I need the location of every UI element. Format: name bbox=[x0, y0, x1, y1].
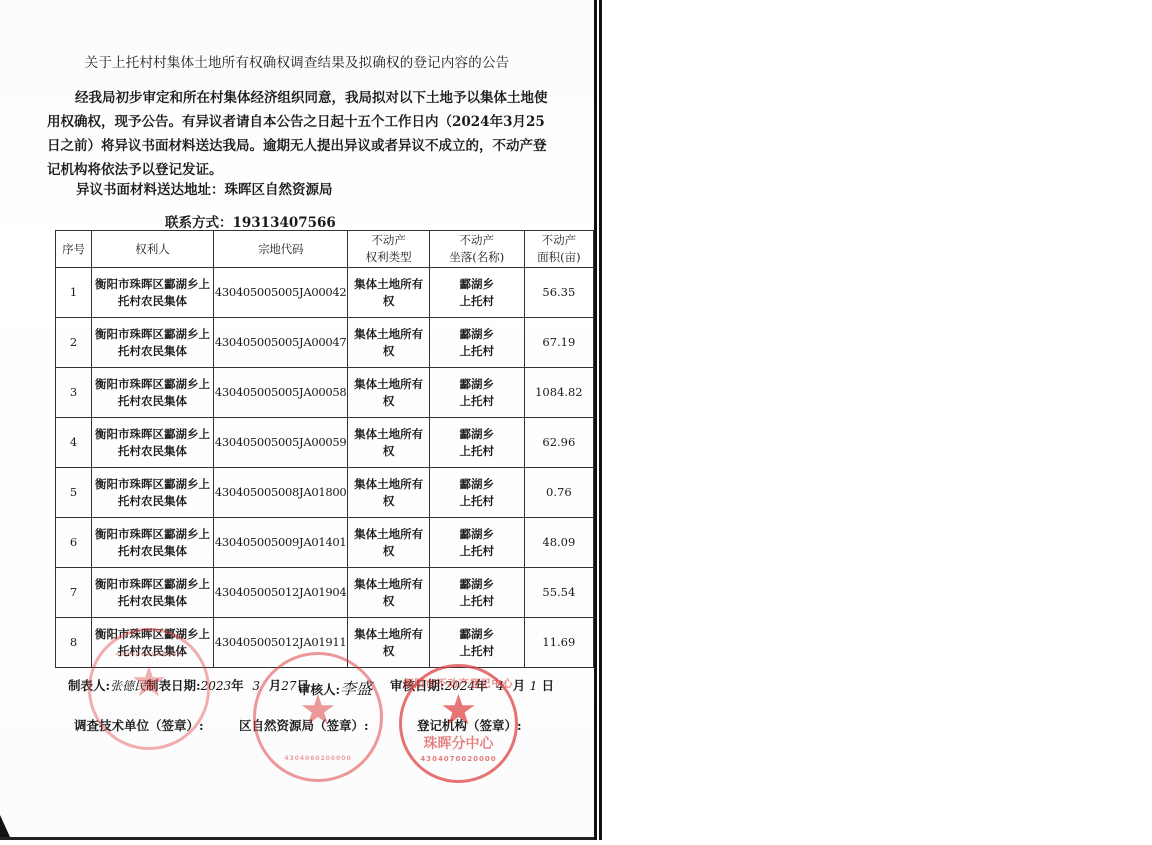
page-divider-line bbox=[594, 0, 597, 840]
cell-area: 62.96 bbox=[524, 418, 593, 468]
cell-location-line1: 酃湖乡 bbox=[431, 426, 523, 443]
header-type-line2: 权利类型 bbox=[349, 249, 427, 266]
cell-no: 5 bbox=[56, 468, 92, 518]
preparer-block: 制表人:张德民 bbox=[68, 676, 146, 694]
review-month-char: 月 bbox=[513, 678, 526, 693]
cell-code: 430405005005JA00059 bbox=[213, 418, 348, 468]
header-type: 不动产 权利类型 bbox=[348, 231, 429, 268]
cell-location-line2: 上托村 bbox=[431, 543, 523, 560]
cell-owner: 衡阳市珠晖区酃湖乡上托村农民集体 bbox=[92, 568, 214, 618]
cell-no: 3 bbox=[56, 368, 92, 418]
cell-owner: 衡阳市珠晖区酃湖乡上托村农民集体 bbox=[92, 418, 214, 468]
scan-corner-shadow bbox=[0, 815, 10, 837]
prep-date-year: 2023 bbox=[201, 679, 232, 693]
table-row: 1 衡阳市珠晖区酃湖乡上托村农民集体 430405005005JA00042 集… bbox=[56, 268, 594, 318]
document-title: 关于上托村村集体土地所有权确权调查结果及拟确权的登记内容的公告 bbox=[0, 51, 594, 71]
cell-type: 集体土地所有权 bbox=[348, 318, 429, 368]
reviewer-block: 审核人:李盛 bbox=[298, 676, 372, 699]
table-row: 6 衡阳市珠晖区酃湖乡上托村农民集体 430405005009JA01401 集… bbox=[56, 518, 594, 568]
cell-location-line2: 上托村 bbox=[431, 343, 523, 360]
prep-date-block: 制表日期:2023年 3 月27日 bbox=[146, 676, 309, 694]
year-char: 年 bbox=[231, 678, 244, 693]
scanned-document-page: 关于上托村村集体土地所有权确权调查结果及拟确权的登记内容的公告 经我局初步审定和… bbox=[0, 0, 594, 838]
cell-area: 67.19 bbox=[524, 318, 593, 368]
cell-location-line1: 酃湖乡 bbox=[431, 526, 523, 543]
seal-lower-text: 珠晖分中心 bbox=[402, 733, 515, 753]
cell-owner: 衡阳市珠晖区酃湖乡上托村农民集体 bbox=[92, 268, 214, 318]
reviewer-label: 审核人: bbox=[298, 682, 340, 697]
header-no: 序号 bbox=[56, 231, 92, 268]
cell-no: 1 bbox=[56, 268, 92, 318]
review-date-label: 审核日期: bbox=[390, 678, 445, 693]
cell-no: 6 bbox=[56, 518, 92, 568]
cell-no: 8 bbox=[56, 618, 92, 668]
cell-location: 酃湖乡 上托村 bbox=[429, 418, 524, 468]
header-area-line1: 不动产 bbox=[526, 232, 592, 249]
scan-bottom-edge bbox=[0, 837, 596, 840]
cell-type: 集体土地所有权 bbox=[348, 518, 429, 568]
seal-code: 4304070020000 bbox=[402, 755, 515, 763]
cell-location-line2: 上托村 bbox=[431, 293, 523, 310]
cell-location-line1: 酃湖乡 bbox=[431, 326, 523, 343]
table-row: 5 衡阳市珠晖区酃湖乡上托村农民集体 430405005008JA01800 集… bbox=[56, 468, 594, 518]
cell-location: 酃湖乡 上托村 bbox=[429, 268, 524, 318]
table-row: 8 衡阳市珠晖区酃湖乡上托村农民集体 430405005012JA01911 集… bbox=[56, 618, 594, 668]
cell-area: 0.76 bbox=[524, 468, 593, 518]
cell-owner: 衡阳市珠晖区酃湖乡上托村农民集体 bbox=[92, 518, 214, 568]
cell-code: 430405005012JA01911 bbox=[213, 618, 348, 668]
cell-type: 集体土地所有权 bbox=[348, 418, 429, 468]
survey-unit-seal-label: 调查技术单位（签章）: bbox=[74, 716, 204, 734]
cell-area: 48.09 bbox=[524, 518, 593, 568]
cell-type: 集体土地所有权 bbox=[348, 368, 429, 418]
header-code: 宗地代码 bbox=[213, 231, 348, 268]
header-location: 不动产 坐落(名称) bbox=[429, 231, 524, 268]
cell-location: 酃湖乡 上托村 bbox=[429, 318, 524, 368]
cell-no: 7 bbox=[56, 568, 92, 618]
cell-location: 酃湖乡 上托村 bbox=[429, 368, 524, 418]
cell-location-line2: 上托村 bbox=[431, 393, 523, 410]
cell-location-line2: 上托村 bbox=[431, 493, 523, 510]
cell-area: 11.69 bbox=[524, 618, 593, 668]
header-location-line2: 坐落(名称) bbox=[431, 249, 523, 266]
prep-date-day: 27 bbox=[281, 679, 296, 693]
prep-date-month: 3 bbox=[252, 679, 260, 693]
review-year-char: 年 bbox=[475, 678, 488, 693]
cell-type: 集体土地所有权 bbox=[348, 618, 429, 668]
cell-no: 4 bbox=[56, 418, 92, 468]
cell-owner: 衡阳市珠晖区酃湖乡上托村农民集体 bbox=[92, 618, 214, 668]
cell-code: 430405005009JA01401 bbox=[213, 518, 348, 568]
cell-location-line2: 上托村 bbox=[431, 443, 523, 460]
month-char: 月 bbox=[269, 678, 282, 693]
cell-location: 酃湖乡 上托村 bbox=[429, 468, 524, 518]
cell-type: 集体土地所有权 bbox=[348, 268, 429, 318]
cell-code: 430405005005JA00058 bbox=[213, 368, 348, 418]
cell-area: 55.54 bbox=[524, 568, 593, 618]
cell-owner: 衡阳市珠晖区酃湖乡上托村农民集体 bbox=[92, 368, 214, 418]
cell-code: 430405005008JA01800 bbox=[213, 468, 348, 518]
objection-address: 异议书面材料送达地址：珠晖区自然资源局 bbox=[76, 178, 333, 198]
cell-location-line1: 酃湖乡 bbox=[431, 276, 523, 293]
cell-location-line1: 酃湖乡 bbox=[431, 626, 523, 643]
cell-code: 430405005005JA00042 bbox=[213, 268, 348, 318]
header-owner: 权利人 bbox=[92, 231, 214, 268]
cell-location-line1: 酃湖乡 bbox=[431, 476, 523, 493]
cell-location-line1: 酃湖乡 bbox=[431, 376, 523, 393]
review-date-day: 1 bbox=[530, 679, 538, 693]
cell-location: 酃湖乡 上托村 bbox=[429, 568, 524, 618]
cell-code: 430405005005JA00047 bbox=[213, 318, 348, 368]
seal-code: 4304060200000 bbox=[256, 755, 380, 762]
cell-location-line1: 酃湖乡 bbox=[431, 576, 523, 593]
cell-location: 酃湖乡 上托村 bbox=[429, 618, 524, 668]
review-day-char: 日 bbox=[542, 678, 555, 693]
cell-type: 集体土地所有权 bbox=[348, 468, 429, 518]
reviewer-signature: 李盛 bbox=[340, 679, 372, 698]
contact-info: 联系方式：19313407566 bbox=[165, 211, 336, 231]
cell-area: 1084.82 bbox=[524, 368, 593, 418]
prep-date-label: 制表日期: bbox=[146, 678, 201, 693]
cell-no: 2 bbox=[56, 318, 92, 368]
cell-code: 430405005012JA01904 bbox=[213, 568, 348, 618]
header-type-line1: 不动产 bbox=[349, 232, 427, 249]
page-divider-line bbox=[599, 0, 602, 840]
table-row: 7 衡阳市珠晖区酃湖乡上托村农民集体 430405005012JA01904 集… bbox=[56, 568, 594, 618]
resource-bureau-seal-label: 区自然资源局（签章）: bbox=[239, 716, 369, 734]
cell-area: 56.35 bbox=[524, 268, 593, 318]
review-date-block: 审核日期:2024年 4 月 1 日 bbox=[390, 676, 554, 694]
table-row: 2 衡阳市珠晖区酃湖乡上托村农民集体 430405005005JA00047 集… bbox=[56, 318, 594, 368]
review-date-month: 4 bbox=[496, 679, 504, 693]
header-area: 不动产 面积(亩) bbox=[524, 231, 593, 268]
cell-owner: 衡阳市珠晖区酃湖乡上托村农民集体 bbox=[92, 468, 214, 518]
cell-type: 集体土地所有权 bbox=[348, 568, 429, 618]
cell-owner: 衡阳市珠晖区酃湖乡上托村农民集体 bbox=[92, 318, 214, 368]
preparer-signature: 张德民 bbox=[110, 679, 146, 693]
cell-location-line2: 上托村 bbox=[431, 643, 523, 660]
review-date-year: 2024 bbox=[445, 679, 476, 693]
header-location-line1: 不动产 bbox=[431, 232, 523, 249]
announcement-body: 经我局初步审定和所在村集体经济组织同意，我局拟对以下土地予以集体土地使用权确权，… bbox=[47, 86, 557, 182]
table-row: 3 衡阳市珠晖区酃湖乡上托村农民集体 430405005005JA00058 集… bbox=[56, 368, 594, 418]
table-header-row: 序号 权利人 宗地代码 不动产 权利类型 不动产 坐落(名称) 不动产 面积(亩… bbox=[56, 231, 594, 268]
registration-table: 序号 权利人 宗地代码 不动产 权利类型 不动产 坐落(名称) 不动产 面积(亩… bbox=[55, 230, 594, 668]
cell-location-line2: 上托村 bbox=[431, 593, 523, 610]
cell-location: 酃湖乡 上托村 bbox=[429, 518, 524, 568]
registry-seal-label: 登记机构（签章）: bbox=[417, 716, 522, 734]
preparer-label: 制表人: bbox=[68, 678, 110, 693]
table-row: 4 衡阳市珠晖区酃湖乡上托村农民集体 430405005005JA00059 集… bbox=[56, 418, 594, 468]
header-area-line2: 面积(亩) bbox=[526, 249, 592, 266]
